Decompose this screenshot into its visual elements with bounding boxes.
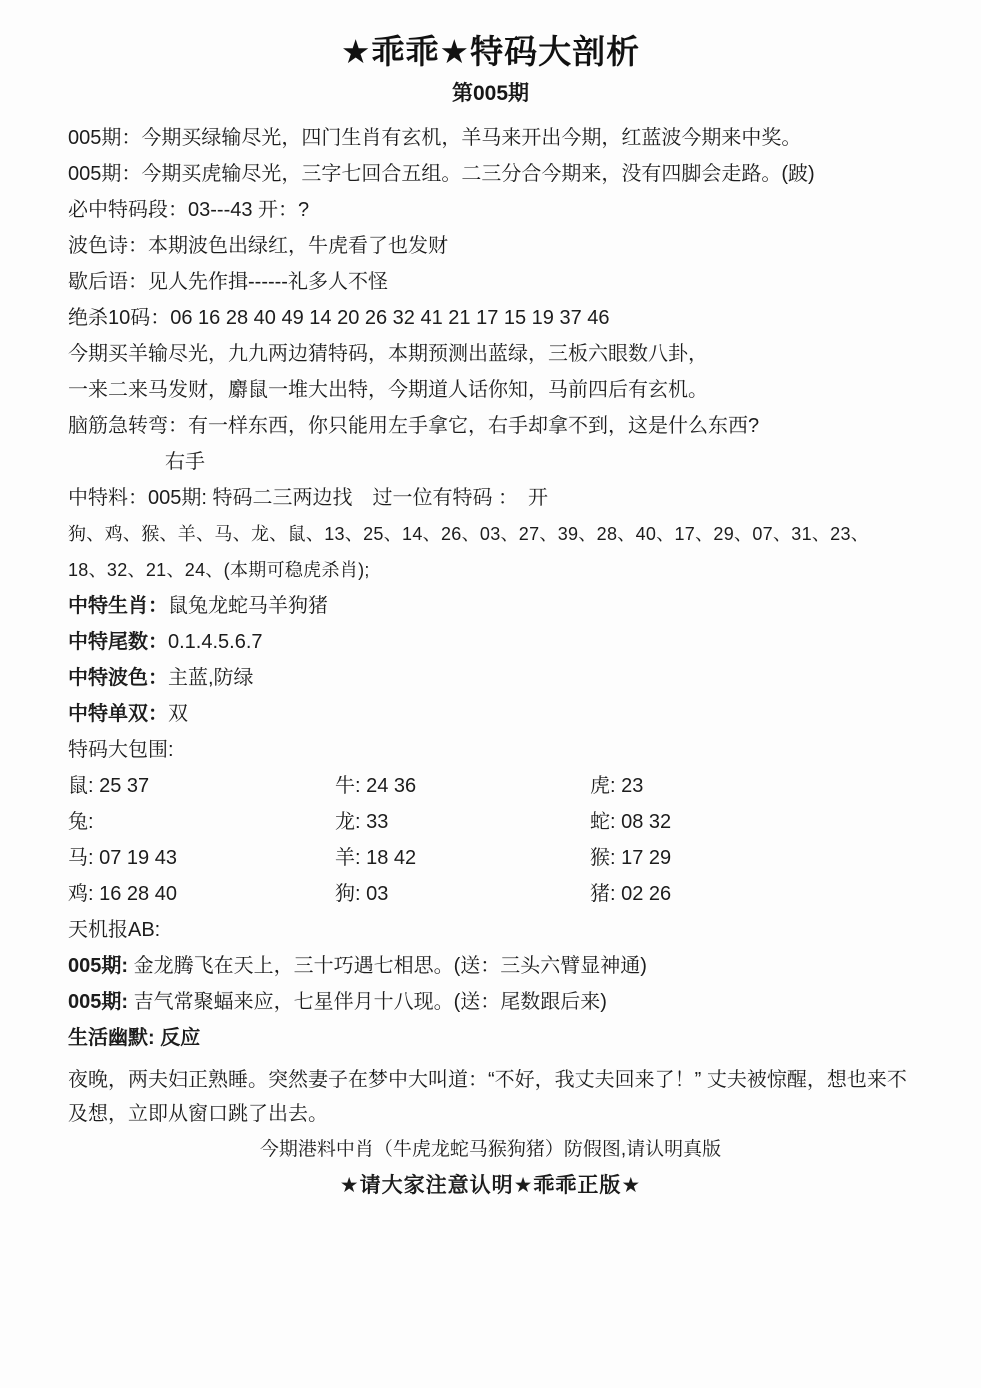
wave-poem-label: 波色诗：	[68, 235, 148, 257]
riddle-text: 有一样东西，你只能用左手拿它，右手却拿不到，这是什么东西?	[188, 415, 759, 437]
page-title: ★乖乖★特码大剖析	[68, 26, 913, 73]
attr-zodiac-value: 鼠兔龙蛇马羊狗猪	[168, 595, 328, 617]
animal-label: 蛇:	[590, 811, 616, 833]
surround-cell-dog: 狗: 03	[335, 883, 590, 905]
animal-label: 猪:	[590, 883, 616, 905]
animal-label: 牛:	[335, 775, 361, 797]
animal-numbers: 02 26	[621, 883, 671, 905]
animal-label: 马:	[68, 847, 94, 869]
xiehouyu-line: 歇后语：见人先作揖------礼多人不怪	[68, 271, 913, 293]
anti-fake-note: 今期港料中肖（牛虎龙蛇马猴狗猪）防假图,请认明真版	[68, 1139, 913, 1161]
surround-title: 特码大包围:	[68, 739, 913, 761]
surround-cell-rat: 鼠: 25 37	[68, 775, 335, 797]
humor-line: 生活幽默: 反应	[68, 1027, 913, 1049]
surround-cell-rabbit: 兔:	[68, 811, 335, 833]
animal-label: 猴:	[590, 847, 616, 869]
attr-zodiac-label: 中特生肖：	[68, 595, 168, 617]
issue-number: 第005期	[68, 77, 913, 107]
surround-cell-pig: 猪: 02 26	[590, 883, 913, 905]
animal-numbers: 24 36	[366, 775, 416, 797]
prediction-1-label: 005期：	[68, 127, 141, 149]
scanned-lottery-sheet: ★乖乖★特码大剖析 第005期 005期：今期买绿输尽光，四门生肖有玄机，羊马来…	[0, 0, 981, 1388]
riddle-answer: 右手	[165, 451, 913, 473]
surround-table: 鼠: 25 37 牛: 24 36 虎: 23 兔: 龙: 33 蛇: 08 3…	[68, 775, 913, 905]
prediction-1-text: 今期买绿输尽光，四门生肖有玄机，羊马来开出今期，红蓝波今期来中奖。	[141, 127, 801, 149]
tianji-title: 天机报AB:	[68, 919, 913, 941]
codes-line-1: 狗、鸡、猴、羊、马、龙、鼠、13、25、14、26、03、27、39、28、40…	[68, 523, 913, 545]
animal-label: 羊:	[335, 847, 361, 869]
animal-numbers: 25 37	[99, 775, 149, 797]
animal-label: 龙:	[335, 811, 361, 833]
tianji-entry-2: 005期: 吉气常聚蝠来应，七星伴月十八现。(送：尾数跟后来)	[68, 991, 913, 1013]
must-hit-range-line: 必中特码段：03---43 开：?	[68, 199, 913, 221]
xiehouyu-text: 见人先作揖------礼多人不怪	[148, 271, 388, 293]
animal-numbers: 16 28 40	[99, 883, 177, 905]
tianji-1-label: 005期:	[68, 955, 128, 977]
animal-numbers: 17 29	[621, 847, 671, 869]
attr-oddeven-label: 中特单双：	[68, 703, 168, 725]
authenticity-line: ★请大家注意认明★乖乖正版★	[68, 1175, 913, 1197]
zhongte-line: 中特料：005期: 特码二三两边找 过一位有特码 ： 开	[68, 487, 913, 509]
surround-cell-snake: 蛇: 08 32	[590, 811, 913, 833]
surround-cell-horse: 马: 07 19 43	[68, 847, 335, 869]
humor-joke: 夜晚，两夫妇正熟睡。突然妻子在梦中大叫道：“不好，我丈夫回来了！” 丈夫被惊醒，…	[68, 1063, 913, 1131]
riddle-line: 脑筋急转弯：有一样东西，你只能用左手拿它，右手却拿不到，这是什么东西?	[68, 415, 913, 437]
animal-label: 鸡:	[68, 883, 94, 905]
wave-poem-text: 本期波色出绿红，牛虎看了也发财	[148, 235, 448, 257]
prediction-2-label: 005期：	[68, 163, 141, 185]
attr-zodiac-line: 中特生肖：鼠兔龙蛇马羊狗猪	[68, 595, 913, 617]
attr-wave-value: 主蓝,防绿	[168, 667, 254, 689]
kill-10-codes-line: 绝杀10码：06 16 28 40 49 14 20 26 32 41 21 1…	[68, 307, 913, 329]
surround-cell-goat: 羊: 18 42	[335, 847, 590, 869]
verse-line-2: 一来二来马发财，麝鼠一堆大出特，今期道人话你知，马前四后有玄机。	[68, 379, 913, 401]
codes-line-2: 18、32、21、24、(本期可稳虎杀肖);	[68, 559, 913, 581]
xiehouyu-label: 歇后语：	[68, 271, 148, 293]
animal-label: 鼠:	[68, 775, 94, 797]
animal-numbers: 18 42	[366, 847, 416, 869]
tianji-2-text: 吉气常聚蝠来应，七星伴月十八现。(送：尾数跟后来)	[134, 991, 607, 1013]
surround-cell-monkey: 猴: 17 29	[590, 847, 913, 869]
must-hit-value: 03---43 开：?	[188, 199, 309, 221]
humor-value: 反应	[160, 1027, 200, 1049]
prediction-line-2: 005期：今期买虎输尽光，三字七回合五组。二三分合今期来，没有四脚会走路。(跛)	[68, 163, 913, 185]
attr-oddeven-line: 中特单双：双	[68, 703, 913, 725]
tianji-entry-1: 005期: 金龙腾飞在天上，三十巧遇七相思。(送：三头六臂显神通)	[68, 955, 913, 977]
prediction-line-1: 005期：今期买绿输尽光，四门生肖有玄机，羊马来开出今期，红蓝波今期来中奖。	[68, 127, 913, 149]
surround-cell-rooster: 鸡: 16 28 40	[68, 883, 335, 905]
animal-label: 兔:	[68, 811, 94, 833]
animal-numbers: 07 19 43	[99, 847, 177, 869]
must-hit-label: 必中特码段：	[68, 199, 188, 221]
tianji-1-text: 金龙腾飞在天上，三十巧遇七相思。(送：三头六臂显神通)	[134, 955, 647, 977]
zhongte-label: 中特料：	[68, 487, 148, 509]
tianji-2-label: 005期:	[68, 991, 128, 1013]
animal-numbers: 03	[366, 883, 388, 905]
attr-tail-label: 中特尾数：	[68, 631, 168, 653]
riddle-label: 脑筋急转弯：	[68, 415, 188, 437]
attr-tail-value: 0.1.4.5.6.7	[168, 631, 263, 653]
prediction-2-text: 今期买虎输尽光，三字七回合五组。二三分合今期来，没有四脚会走路。(跛)	[141, 163, 814, 185]
animal-numbers: 23	[621, 775, 643, 797]
humor-label: 生活幽默:	[68, 1027, 155, 1049]
animal-label: 狗:	[335, 883, 361, 905]
zhongte-text: 005期: 特码二三两边找 过一位有特码 ： 开	[148, 487, 548, 509]
animal-numbers: 33	[366, 811, 388, 833]
animal-numbers: 08 32	[621, 811, 671, 833]
attr-oddeven-value: 双	[168, 703, 188, 725]
surround-cell-ox: 牛: 24 36	[335, 775, 590, 797]
attr-wave-line: 中特波色：主蓝,防绿	[68, 667, 913, 689]
verse-line-1: 今期买羊输尽光，九九两边猜特码，本期预测出蓝绿，三板六眼数八卦，	[68, 343, 913, 365]
kill-10-label: 绝杀10码：	[68, 307, 170, 329]
attr-tail-line: 中特尾数：0.1.4.5.6.7	[68, 631, 913, 653]
attr-wave-label: 中特波色：	[68, 667, 168, 689]
kill-10-value: 06 16 28 40 49 14 20 26 32 41 21 17 15 1…	[170, 307, 609, 329]
surround-cell-dragon: 龙: 33	[335, 811, 590, 833]
wave-poem-line: 波色诗：本期波色出绿红，牛虎看了也发财	[68, 235, 913, 257]
surround-cell-tiger: 虎: 23	[590, 775, 913, 797]
animal-label: 虎:	[590, 775, 616, 797]
